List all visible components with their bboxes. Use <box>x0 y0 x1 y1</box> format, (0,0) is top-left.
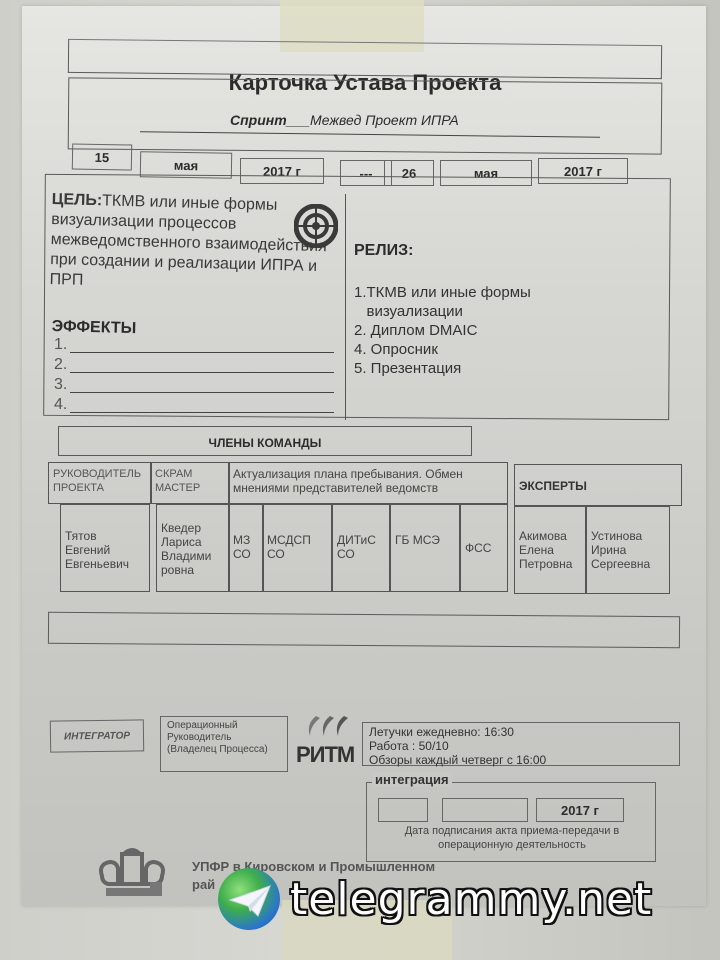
schedule-line: Работа : 50/10 <box>369 739 673 753</box>
agency-gb-mse: ГБ МСЭ <box>390 504 460 592</box>
watermark: telegrammy.net <box>218 868 652 930</box>
effect-number: 4. <box>54 396 67 413</box>
integration-month-field <box>442 798 528 822</box>
header-scrum-master: СКРАМ МАСТЕР <box>150 462 230 504</box>
effect-line-2: 2. <box>54 356 334 374</box>
release-item: 5. Презентация <box>354 359 531 378</box>
ritm-logo-text: РИТМ <box>296 742 354 768</box>
watermark-text: telegrammy.net <box>290 874 652 925</box>
effect-number: 1. <box>54 336 67 353</box>
agency-mz: МЗ СО <box>228 504 264 592</box>
header-experts: ЭКСПЕРТЫ <box>514 464 682 506</box>
schedule-box: Летучки ежедневно: 16:30 Работа : 50/10 … <box>362 722 680 766</box>
target-icon <box>294 204 338 248</box>
empty-bar <box>48 612 680 648</box>
integration-day-field <box>378 798 428 822</box>
release-list: 1.ТКМВ или иные формы визуализации 2. Ди… <box>354 283 531 378</box>
telegram-globe-icon <box>218 868 280 930</box>
sprint-row: Спринт___Межвед Проект ИПРА <box>230 112 459 128</box>
effect-line-1: 1. <box>54 336 334 354</box>
goal-release-divider <box>345 194 346 420</box>
schedule-line: Летучки ежедневно: 16:30 <box>369 725 673 739</box>
effect-line-4: 4. <box>54 396 334 414</box>
header-activity: Актуализация плана пребывания. Обмен мне… <box>228 462 508 504</box>
integration-label: интеграция <box>372 772 452 787</box>
schedule-line: Обзоры каждый четверг с 16:00 <box>369 753 673 767</box>
sprint-label: Спринт <box>230 112 287 128</box>
goal-label: ЦЕЛЬ: <box>52 191 103 209</box>
effect-number: 2. <box>54 356 67 373</box>
sprint-value: ___Межвед Проект ИПРА <box>287 112 459 128</box>
agency-fss: ФСС <box>460 504 508 592</box>
project-lead-name: Тятов Евгений Евгеньевич <box>60 504 150 592</box>
start-day-field: 15 <box>72 143 132 170</box>
release-label: РЕЛИЗ: <box>354 242 413 260</box>
release-item: 1.ТКМВ или иные формы <box>354 283 531 302</box>
team-title: ЧЛЕНЫ КОМАНДЫ <box>58 436 472 450</box>
agency-ditis: ДИТиС СО <box>332 504 390 592</box>
effect-number: 3. <box>54 376 67 393</box>
agency-msdsp: МСДСП СО <box>262 504 332 592</box>
op-lead-line: Руководитель <box>167 732 281 744</box>
release-item: визуализации <box>354 302 531 321</box>
op-lead-line: (Владелец Процесса) <box>167 744 281 756</box>
integration-caption: Дата подписания акта приема-передачи в о… <box>370 824 654 852</box>
release-item: 2. Диплом DMAIC <box>354 321 531 340</box>
operational-lead-box: Операционный Руководитель (Владелец Проц… <box>160 716 288 772</box>
effect-line-3: 3. <box>54 376 334 394</box>
integrator-label: ИНТЕГРАТОР <box>50 719 144 752</box>
expert-name: Устинова Ирина Сергеевна <box>586 506 670 594</box>
header-project-lead: РУКОВОДИТЕЛЬ ПРОЕКТА <box>48 462 152 504</box>
scrum-master-name: Кведер Лариса Владими ровна <box>156 504 230 592</box>
op-lead-line: Операционный <box>167 720 281 732</box>
expert-name: Акимова Елена Петровна <box>514 506 586 594</box>
pfr-logo-icon <box>94 846 170 902</box>
release-item: 4. Опросник <box>354 340 531 359</box>
integration-year-field: 2017 г <box>536 798 624 822</box>
paper-plane-icon <box>228 884 272 918</box>
